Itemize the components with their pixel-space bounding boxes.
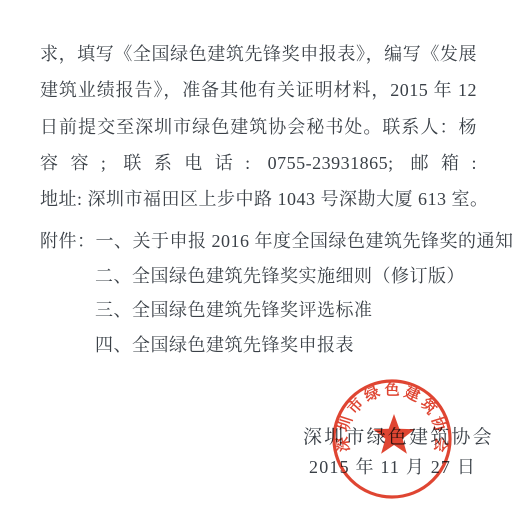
body-paragraph: 求，填写《全国绿色建筑先锋奖申报表》，编写《发展绿色 建筑业绩报告》，准备其他有… bbox=[40, 36, 477, 217]
attachments-list: 附件：一、关于申报 2016 年度全国绿色建筑先锋奖的通知 二、全国绿色建筑先锋… bbox=[40, 224, 490, 363]
attachments-label: 附件： bbox=[40, 231, 96, 251]
attachment-item: 三、全国绿色建筑先锋奖评选标准 bbox=[40, 293, 490, 328]
attachment-item: 一、关于申报 2016 年度全国绿色建筑先锋奖的通知 bbox=[96, 231, 514, 251]
body-line: 地址: 深圳市福田区上步中路 1043 号深勘大厦 613 室。 bbox=[40, 181, 477, 217]
body-line: 建筑业绩报告》，准备其他有关证明材料，2015 年 12 月 20 bbox=[40, 72, 477, 108]
body-line: 求，填写《全国绿色建筑先锋奖申报表》，编写《发展绿色 bbox=[40, 36, 477, 72]
body-line: 容容; 联系电话: 0755-23931865; 邮箱: szlx003@126… bbox=[40, 145, 477, 181]
attachment-row: 附件：一、关于申报 2016 年度全国绿色建筑先锋奖的通知 bbox=[40, 224, 490, 259]
signature-organization: 深圳市绿色建筑协会 bbox=[303, 422, 494, 449]
signature-date: 2015 年 11 月 27 日 bbox=[309, 453, 476, 479]
body-line: 日前提交至深圳市绿色建筑协会秘书处。联系人：杨宇、谢 bbox=[40, 109, 477, 145]
attachment-item: 四、全国绿色建筑先锋奖申报表 bbox=[40, 328, 490, 363]
attachment-item: 二、全国绿色建筑先锋奖实施细则（修订版） bbox=[40, 259, 490, 294]
document-page: 求，填写《全国绿色建筑先锋奖申报表》，编写《发展绿色 建筑业绩报告》，准备其他有… bbox=[0, 0, 518, 512]
